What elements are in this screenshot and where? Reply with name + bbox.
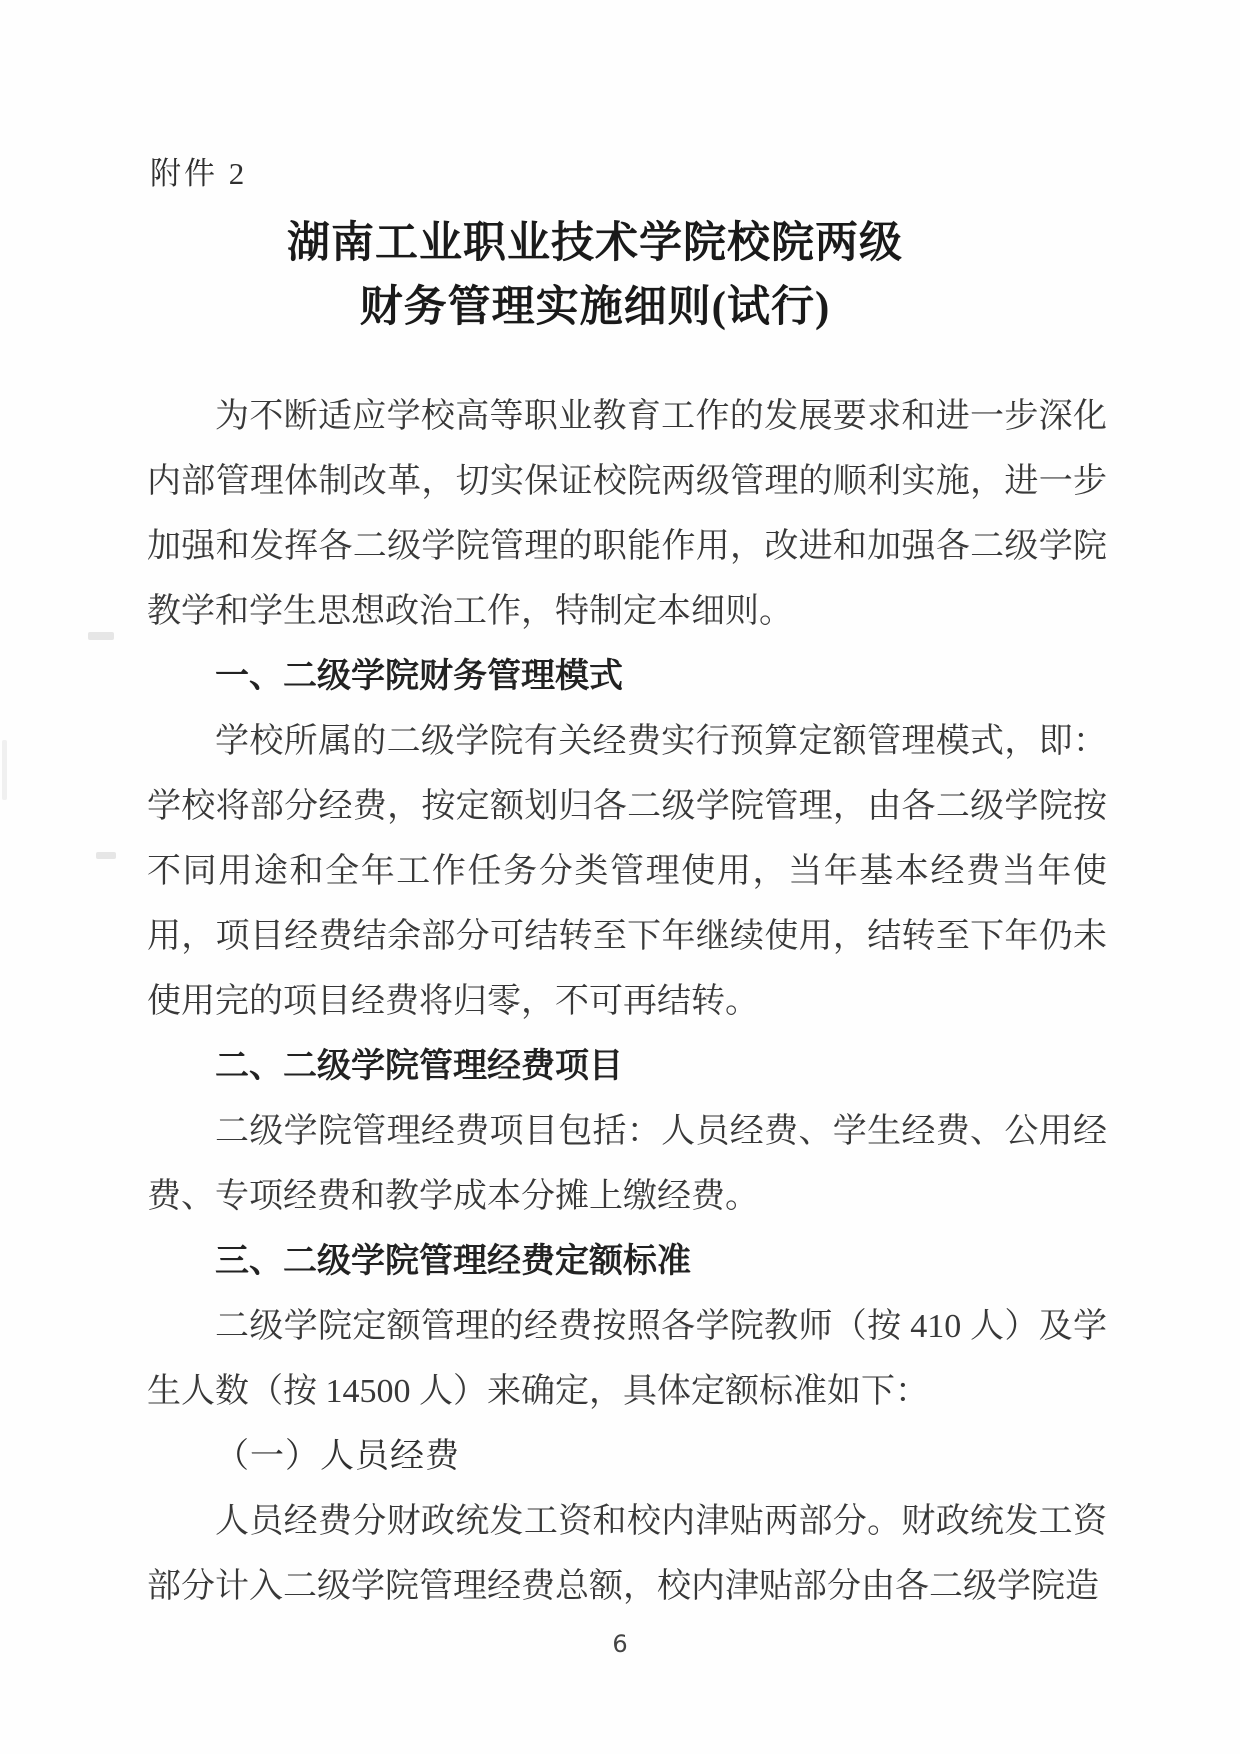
page-number: 6 <box>0 1630 1240 1658</box>
scan-artifact <box>96 852 116 859</box>
document-body: 为不断适应学校高等职业教育工作的发展要求和进一步深化内部管理体制改革，切实保证校… <box>147 384 1107 1619</box>
scan-artifact <box>2 740 7 800</box>
section-heading: 三、二级学院管理经费定额标准 <box>147 1229 1107 1294</box>
scan-artifact <box>88 632 114 640</box>
section-heading: 二、二级学院管理经费项目 <box>147 1034 1107 1099</box>
body-paragraph: 学校所属的二级学院有关经费实行预算定额管理模式，即：学校将部分经费，按定额划归各… <box>147 709 1107 1034</box>
sub-heading: （一）人员经费 <box>147 1424 1107 1489</box>
document-page: 附件 2 湖南工业职业技术学院校院两级 财务管理实施细则(试行) 为不断适应学校… <box>0 0 1240 1754</box>
document-title: 湖南工业职业技术学院校院两级 财务管理实施细则(试行) <box>0 212 1190 340</box>
body-paragraph: 二级学院定额管理的经费按照各学院教师（按 410 人）及学生人数（按 14500… <box>147 1294 1107 1424</box>
body-paragraph: 人员经费分财政统发工资和校内津贴两部分。财政统发工资部分计入二级学院管理经费总额… <box>147 1489 1107 1619</box>
body-paragraph: 二级学院管理经费项目包括：人员经费、学生经费、公用经费、专项经费和教学成本分摊上… <box>147 1099 1107 1229</box>
section-heading: 一、二级学院财务管理模式 <box>147 644 1107 709</box>
document-title-line2: 财务管理实施细则(试行) <box>0 276 1190 340</box>
document-title-line1: 湖南工业职业技术学院校院两级 <box>0 212 1190 276</box>
body-paragraph: 为不断适应学校高等职业教育工作的发展要求和进一步深化内部管理体制改革，切实保证校… <box>147 384 1107 644</box>
attachment-label: 附件 2 <box>150 148 247 193</box>
